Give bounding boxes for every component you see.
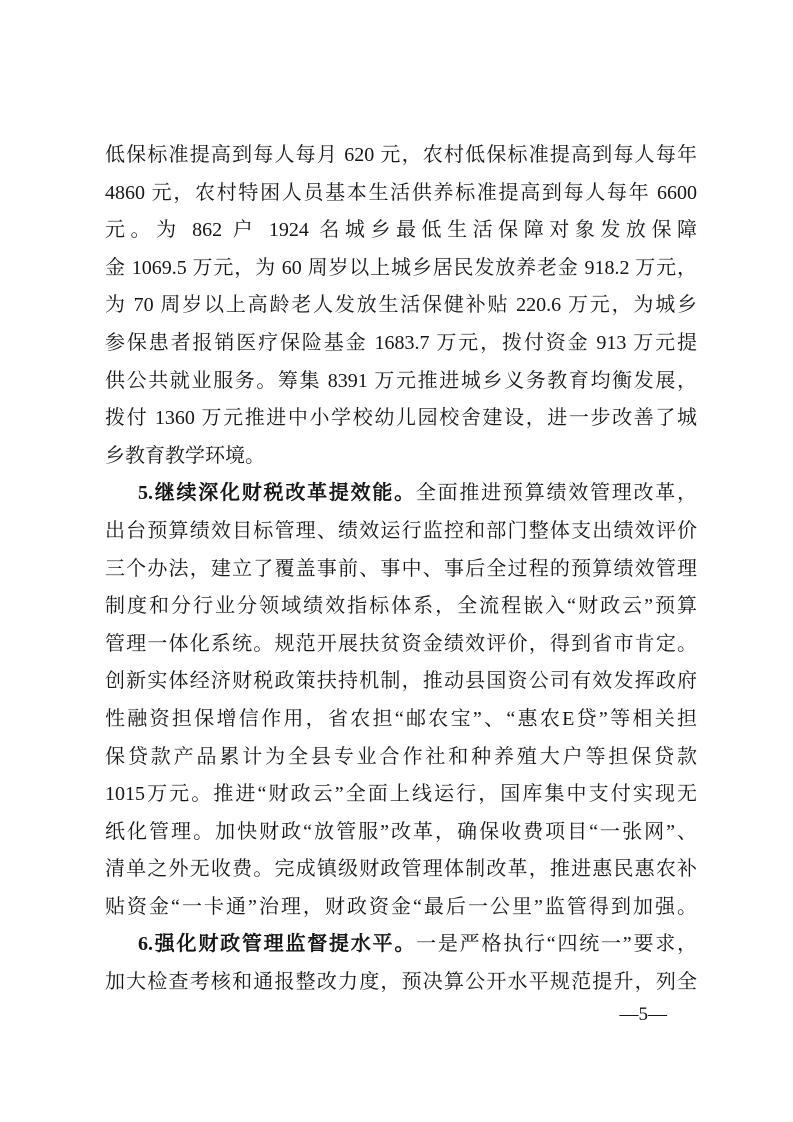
text-line: 清单之外无收费。完成镇级财政管理体制改革，推进惠民惠农补	[105, 851, 697, 889]
text-line: 贴资金“一卡通”治理，财政资金“最后一公里”监管得到加强。	[105, 889, 697, 927]
text-segment: 出台预算绩效目标管理、绩效运行监控和部门整体支出绩效评价	[105, 520, 697, 542]
text-segment: 保贷款产品累计为全县专业合作社和种养殖大户等担保贷款	[105, 746, 697, 768]
text-line: 1015万元。推进“财政云”全面上线运行，国库集中支付实现无	[105, 776, 697, 814]
page-number: —5—	[620, 1003, 668, 1027]
text-line: 金 1069.5 万元，为 60 周岁以上城乡居民发放养老金 918.2 万元，	[105, 250, 697, 288]
text-line: 纸化管理。加快财政“放管服”改革，确保收费项目“一张网”、	[105, 814, 697, 852]
text-line: 创新实体经济财税政策扶持机制，推动县国资公司有效发挥政府	[105, 663, 697, 701]
text-segment: 三个办法，建立了覆盖事前、事中、事后全过程的预算绩效管理	[105, 558, 697, 580]
text-segment: 4860 元，农村特困人员基本生活供养标准提高到每人每年 6600	[105, 182, 697, 204]
text-segment: 全面推进预算绩效管理改革，	[416, 482, 697, 504]
text-line: 三个办法，建立了覆盖事前、事中、事后全过程的预算绩效管理	[105, 551, 697, 589]
text-segment: 1015万元。推进“财政云”全面上线运行，国库集中支付实现无	[105, 783, 697, 805]
text-line: 加大检查考核和通报整改力度，预决算公开水平规范提升，列全	[105, 964, 697, 1002]
text-segment: 管理一体化系统。规范开展扶贫资金绩效评价，得到省市肯定。	[105, 633, 697, 655]
text-segment: 性融资担保增信作用，省农担“邮农宝”、“惠农E贷”等相关担	[105, 708, 697, 730]
text-segment: 参保患者报销医疗保险基金 1683.7 万元，拨付资金 913 万元提	[105, 332, 697, 354]
text-segment: 创新实体经济财税政策扶持机制，推动县国资公司有效发挥政府	[105, 670, 697, 692]
section-heading: 5.继续深化财税改革提效能。	[138, 482, 416, 504]
text-segment: 制度和分行业分领域绩效指标体系，全流程嵌入“财政云”预算	[105, 595, 697, 617]
text-line: 5.继续深化财税改革提效能。全面推进预算绩效管理改革，	[105, 475, 697, 513]
text-line: 供公共就业服务。筹集 8391 万元推进城乡义务教育均衡发展，	[105, 363, 697, 401]
text-line: 乡教育教学环境。	[105, 438, 697, 476]
section-heading: 6.强化财政管理监督提水平。	[138, 933, 416, 955]
text-segment: 一是严格执行“四统一”要求，	[416, 933, 697, 955]
text-segment: 乡教育教学环境。	[105, 445, 265, 467]
text-segment: 供公共就业服务。筹集 8391 万元推进城乡义务教育均衡发展，	[105, 370, 697, 392]
text-line: 参保患者报销医疗保险基金 1683.7 万元，拨付资金 913 万元提	[105, 325, 697, 363]
text-line: 为 70 周岁以上高龄老人发放生活保健补贴 220.6 万元，为城乡	[105, 287, 697, 325]
text-line: 性融资担保增信作用，省农担“邮农宝”、“惠农E贷”等相关担	[105, 701, 697, 739]
text-line: 拨付 1360 万元推进中小学校幼儿园校舍建设，进一步改善了城	[105, 400, 697, 438]
document-body: 低保标准提高到每人每月 620 元，农村低保标准提高到每人每年4860 元，农村…	[105, 137, 697, 1002]
text-segment: 拨付 1360 万元推进中小学校幼儿园校舍建设，进一步改善了城	[105, 407, 697, 429]
text-segment: 金 1069.5 万元，为 60 周岁以上城乡居民发放养老金 918.2 万元，	[105, 257, 697, 279]
text-segment: 纸化管理。加快财政“放管服”改革，确保收费项目“一张网”、	[105, 821, 697, 843]
text-line: 保贷款产品累计为全县专业合作社和种养殖大户等担保贷款	[105, 739, 697, 777]
text-line: 低保标准提高到每人每月 620 元，农村低保标准提高到每人每年	[105, 137, 697, 175]
text-segment: 贴资金“一卡通”治理，财政资金“最后一公里”监管得到加强。	[105, 896, 697, 918]
text-line: 管理一体化系统。规范开展扶贫资金绩效评价，得到省市肯定。	[105, 626, 697, 664]
text-line: 4860 元，农村特困人员基本生活供养标准提高到每人每年 6600	[105, 175, 697, 213]
text-line: 6.强化财政管理监督提水平。一是严格执行“四统一”要求，	[105, 926, 697, 964]
text-line: 出台预算绩效目标管理、绩效运行监控和部门整体支出绩效评价	[105, 513, 697, 551]
text-segment: 元。为 862 户 1924 名城乡最低生活保障对象发放保障	[105, 219, 697, 241]
text-segment: 加大检查考核和通报整改力度，预决算公开水平规范提升，列全	[105, 971, 697, 993]
text-segment: 为 70 周岁以上高龄老人发放生活保健补贴 220.6 万元，为城乡	[105, 294, 697, 316]
document-page: 低保标准提高到每人每月 620 元，农村低保标准提高到每人每年4860 元，农村…	[0, 0, 793, 1122]
text-line: 元。为 862 户 1924 名城乡最低生活保障对象发放保障	[105, 212, 697, 250]
text-segment: 清单之外无收费。完成镇级财政管理体制改革，推进惠民惠农补	[105, 858, 697, 880]
text-line: 制度和分行业分领域绩效指标体系，全流程嵌入“财政云”预算	[105, 588, 697, 626]
text-segment: 低保标准提高到每人每月 620 元，农村低保标准提高到每人每年	[105, 144, 697, 166]
